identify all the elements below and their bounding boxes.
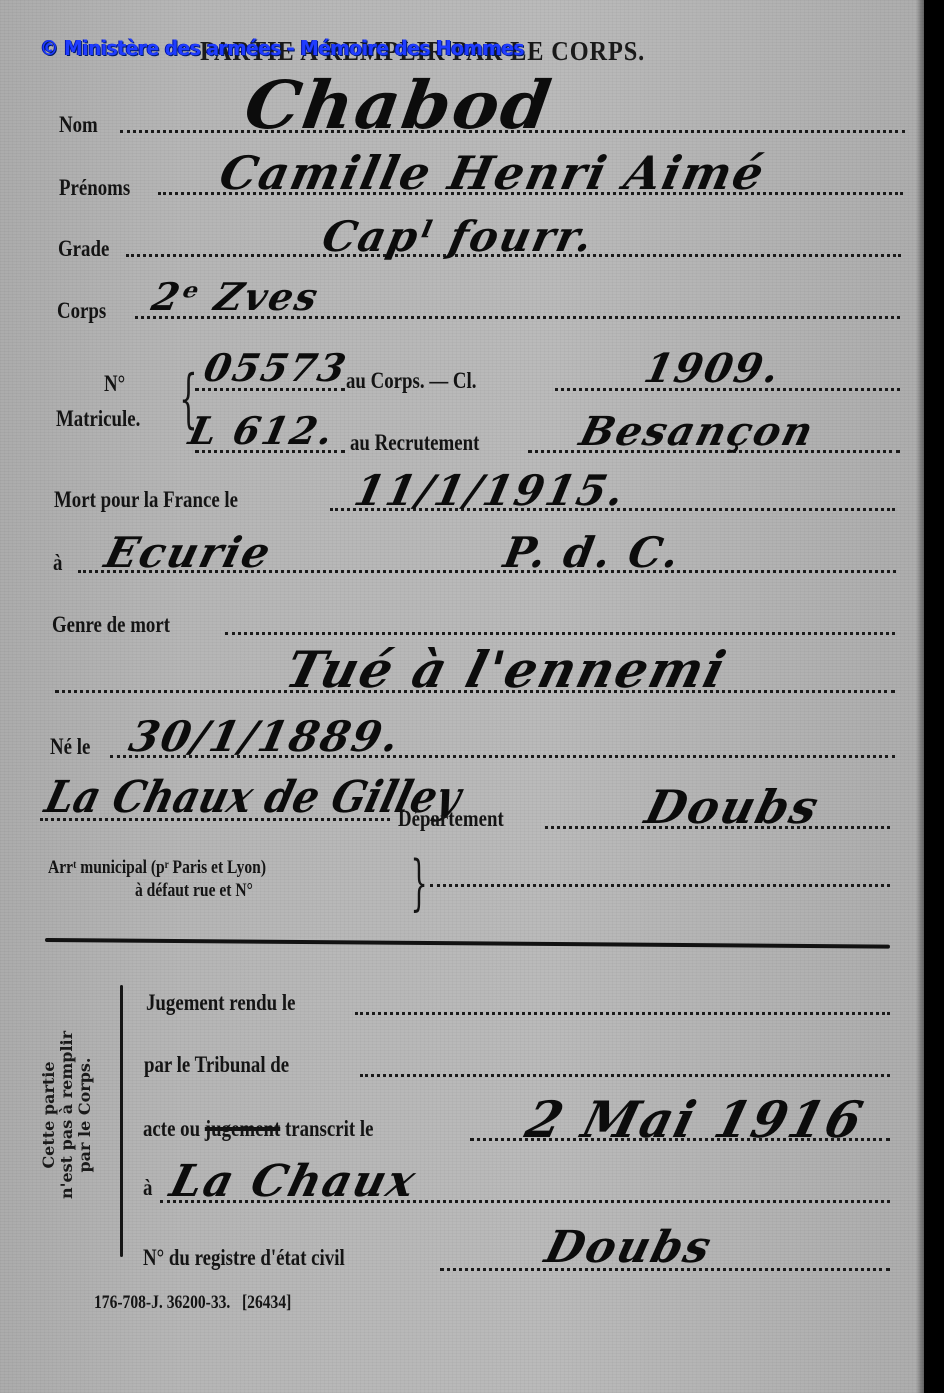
lieu-transcrit-label: à: [143, 1175, 152, 1201]
arrondissement-brace: }: [411, 848, 428, 918]
side-note-line-2: n'est pas à remplir: [58, 1030, 76, 1200]
transcrit-label-post: transcrit le: [285, 1116, 374, 1141]
genre-mort-value: Tué à l'ennemi: [280, 640, 733, 699]
classe-value: 1909.: [640, 345, 785, 392]
matricule-corps-label: au Corps. — Cl.: [346, 368, 476, 394]
corps-value: 2ᵉ Zves: [148, 274, 324, 319]
lieu-mort-value: Ecurie: [100, 528, 277, 577]
recrutement-label: au Recrutement: [350, 430, 479, 456]
side-note-line-3: par le Corps.: [76, 1030, 94, 1200]
transcrit-label: acte ou jugement transcrit le: [143, 1116, 373, 1142]
nom-label: Nom: [59, 112, 98, 138]
matricule-no-label: N°: [104, 371, 125, 397]
jugement-line: [355, 1012, 890, 1015]
corps-label: Corps: [57, 298, 106, 324]
departement-value: Doubs: [640, 780, 826, 834]
registre-label: N° du registre d'état civil: [143, 1245, 345, 1271]
transcrit-label-struck: jugement: [205, 1116, 280, 1141]
print-reference: 176-708-J. 36200-33. [26434]: [94, 1292, 291, 1314]
genre-mort-line-1: [225, 632, 895, 635]
scan-edge: [916, 0, 926, 1393]
arrondissement-label-1: Arrᵗ municipal (pʳ Paris et Lyon): [48, 857, 266, 879]
departement-label: Département: [398, 806, 504, 832]
tribunal-line: [360, 1074, 890, 1077]
grade-label: Grade: [58, 236, 109, 262]
recrutement-no-value: L 612.: [185, 408, 339, 453]
naissance-label: Né le: [50, 734, 90, 760]
copyright-watermark: © Ministère des armées - Mémoire des Hom…: [40, 36, 524, 60]
genre-mort-label: Genre de mort: [52, 612, 170, 638]
side-note-line-1: Cette partie: [40, 1030, 58, 1200]
jugement-label: Jugement rendu le: [146, 990, 295, 1016]
registre-value: Doubs: [540, 1222, 718, 1273]
grade-value: Capˡ fourr.: [318, 212, 599, 261]
recrutement-value: Besançon: [575, 408, 820, 455]
prenoms-label: Prénoms: [59, 175, 130, 201]
transcrit-label-pre: acte ou: [143, 1116, 200, 1141]
prenoms-value: Camille Henri Aimé: [215, 146, 770, 200]
tribunal-label: par le Tribunal de: [144, 1052, 289, 1078]
civil-bracket: [120, 985, 123, 1257]
mort-date-value: 11/1/1915.: [350, 466, 630, 515]
lieu-transcrit-value: La Chaux: [165, 1156, 422, 1207]
matricule-label: Matricule.: [56, 406, 140, 432]
side-note: Cette partie n'est pas à remplir par le …: [40, 1040, 120, 1200]
mort-label: Mort pour la France le: [54, 487, 238, 513]
matricule-corps-value: 05573: [200, 345, 352, 390]
nom-value: Chabod: [240, 66, 558, 144]
arrondissement-line: [430, 884, 890, 887]
transcrit-value: 2 Mai 1916: [520, 1090, 870, 1149]
lieu-mort-label: à: [53, 550, 62, 576]
lieu-mort-dept: P. d. C.: [500, 528, 684, 577]
arrondissement-label-2: à défaut rue et N°: [135, 880, 253, 902]
naissance-date-value: 30/1/1889.: [125, 712, 405, 761]
